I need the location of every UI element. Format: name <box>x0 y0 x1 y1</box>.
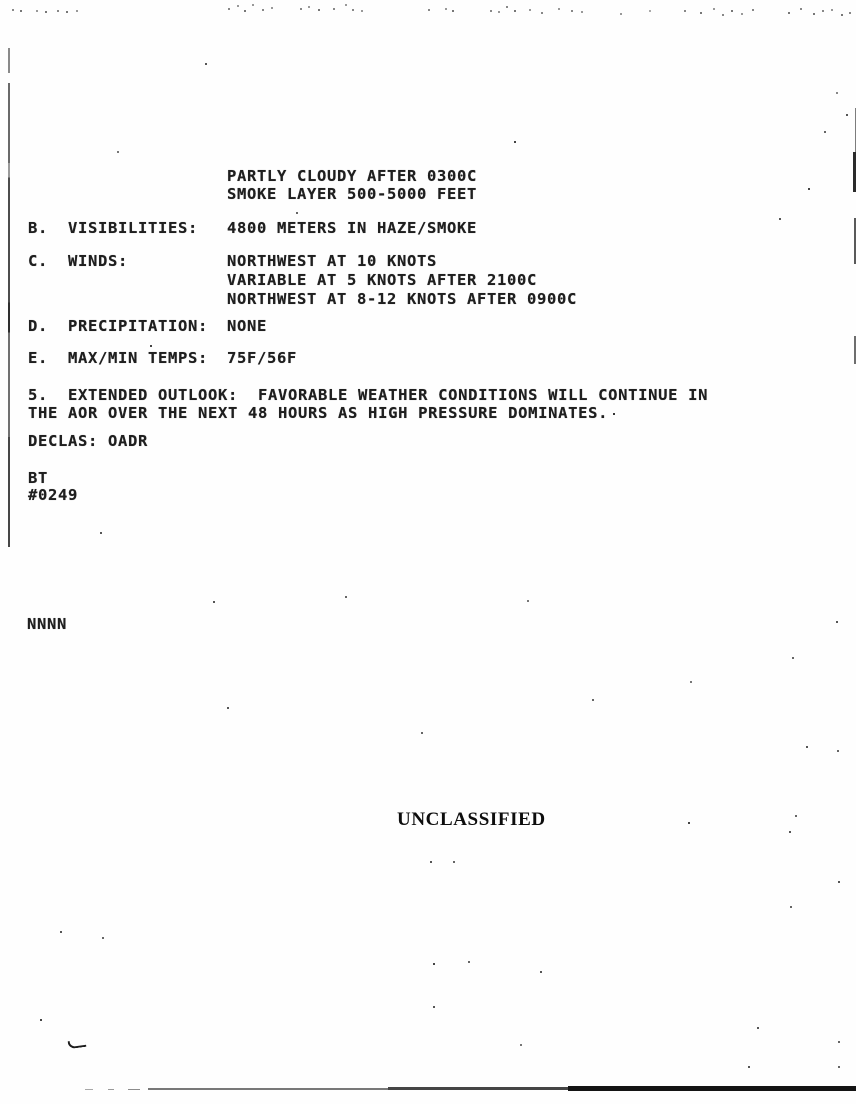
scan-bottom-line <box>128 1089 140 1090</box>
section-id: C. <box>28 252 48 271</box>
section-label: PRECIPITATION: <box>68 317 208 336</box>
document-page: PARTLY CLOUDY AFTER 0300C SMOKE LAYER 50… <box>0 0 856 1104</box>
section-id: B. <box>28 219 48 238</box>
bt-marker: BT <box>28 469 48 488</box>
section-value: 4800 METERS IN HAZE/SMOKE <box>227 219 477 238</box>
extended-outlook-line-1: 5. EXTENDED OUTLOOK: FAVORABLE WEATHER C… <box>28 386 708 405</box>
scan-bottom-line <box>388 1087 568 1090</box>
section-label: MAX/MIN TEMPS: <box>68 349 208 368</box>
classification-marking: UNCLASSIFIED <box>397 809 546 831</box>
section-label: WINDS: <box>68 252 128 271</box>
section-label: VISIBILITIES: <box>68 219 198 238</box>
extended-outlook-line-2: THE AOR OVER THE NEXT 48 HOURS AS HIGH P… <box>28 404 608 423</box>
scan-edge-line-left <box>8 48 10 547</box>
section-value: NORTHWEST AT 8-12 KNOTS AFTER 0900C <box>227 290 577 309</box>
scan-speckle-noise <box>0 0 2 2</box>
scan-bottom-line <box>85 1089 93 1090</box>
section-value: VARIABLE AT 5 KNOTS AFTER 2100C <box>227 271 537 290</box>
message-serial-number: #0249 <box>28 486 78 505</box>
section-value: NONE <box>227 317 267 336</box>
forecast-sky-condition-line-2: SMOKE LAYER 500-5000 FEET <box>227 185 477 204</box>
scan-bottom-line <box>148 1088 388 1090</box>
section-value: 75F/56F <box>227 349 297 368</box>
section-id: D. <box>28 317 48 336</box>
scan-bottom-line <box>108 1089 114 1090</box>
declas-line: DECLAS: OADR <box>28 432 148 451</box>
scan-bottom-line <box>568 1086 856 1091</box>
forecast-sky-condition-line-1: PARTLY CLOUDY AFTER 0300C <box>227 167 477 186</box>
section-id: E. <box>28 349 48 368</box>
end-of-message-marker: NNNN <box>27 615 67 634</box>
section-value: NORTHWEST AT 10 KNOTS <box>227 252 437 271</box>
pen-mark <box>68 1039 87 1049</box>
